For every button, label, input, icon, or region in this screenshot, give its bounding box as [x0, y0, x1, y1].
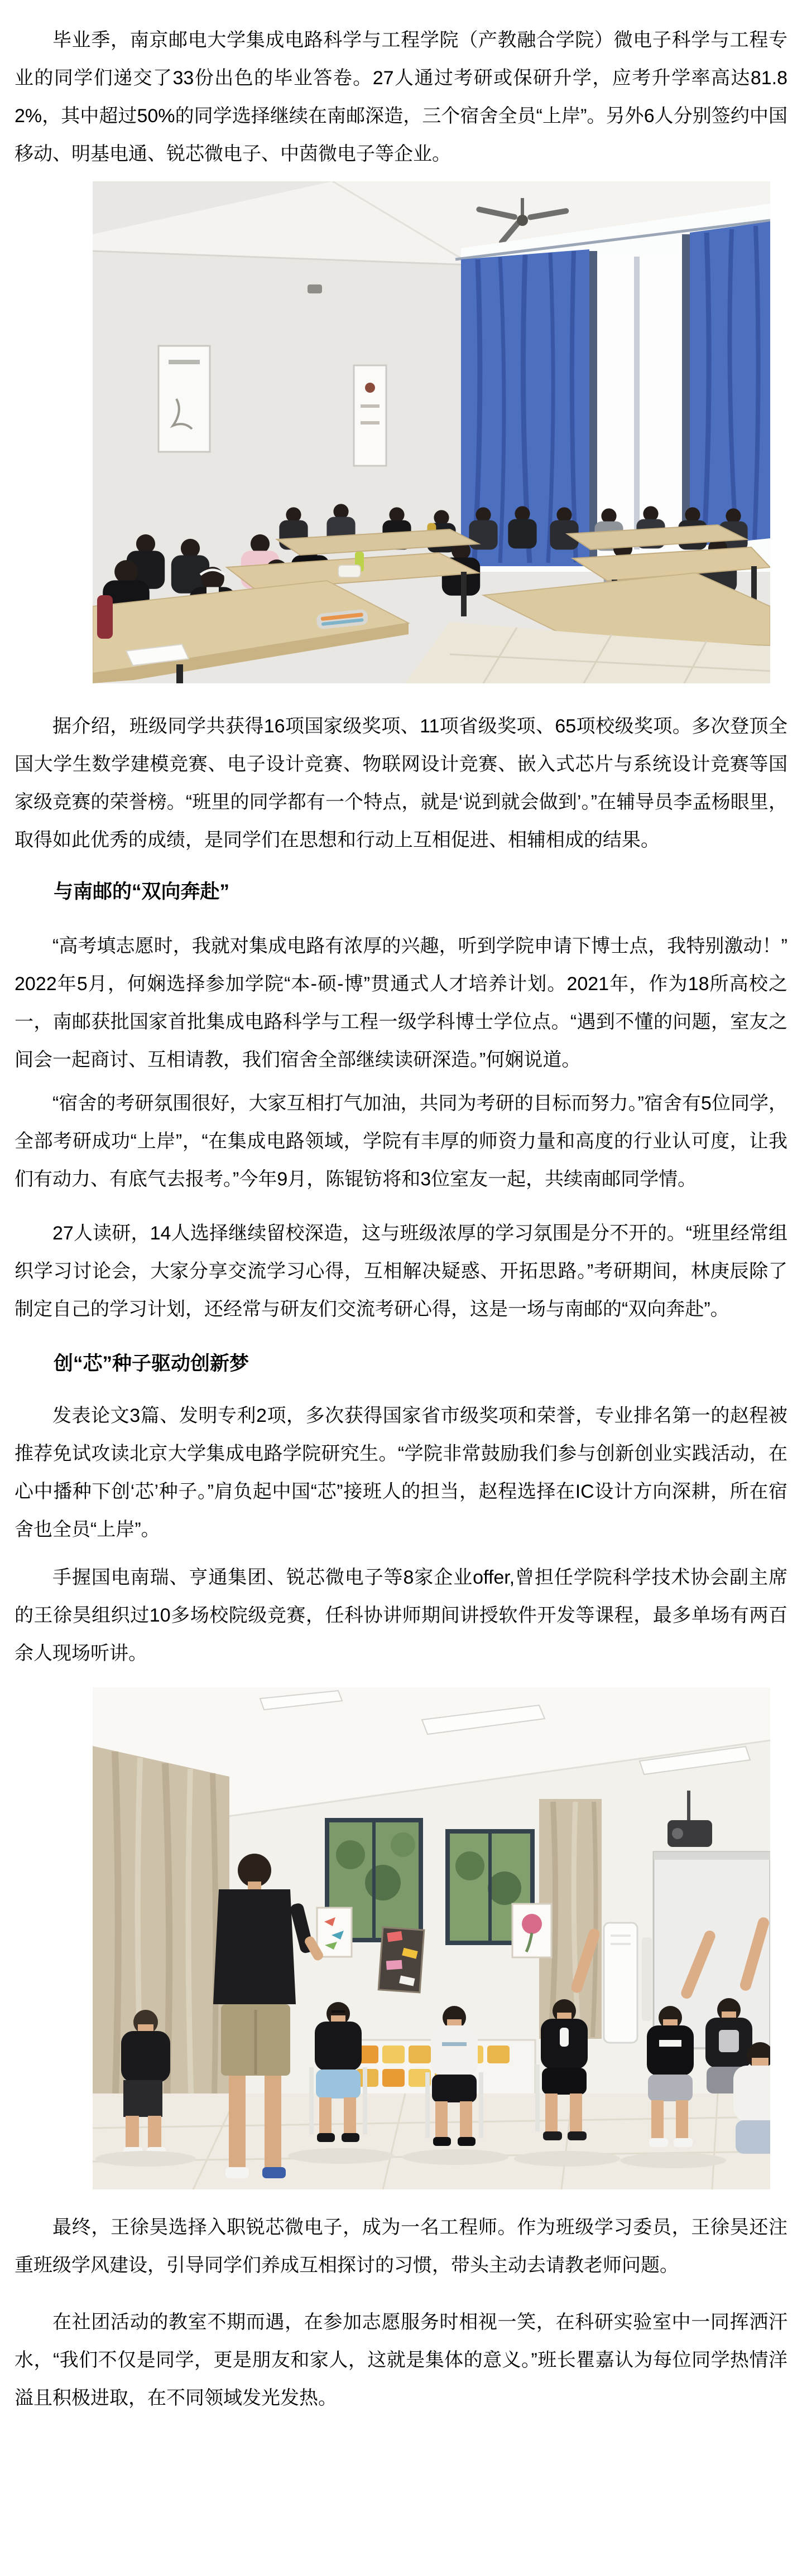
article-page: 毕业季，南京邮电大学集成电路科学与工程学院（产教融合学院）微电子科学与工程专业的…: [0, 0, 802, 2576]
activity-room-photo-illustration: [93, 1687, 770, 2189]
wall-camera: [308, 284, 322, 293]
paragraph-collective: 在社团活动的教室不期而遇，在参加志愿服务时相视一笑，在科研实验室中一同挥洒汗水，…: [15, 2303, 787, 2417]
classroom-photo-illustration: [93, 181, 770, 683]
paragraph-hexian: “高考填志愿时，我就对集成电路有浓厚的兴趣，听到学院申请下博士点，我特别激动！”…: [15, 927, 787, 1079]
section-heading-mutual-commitment: 与南邮的“双向奔赴”: [15, 873, 787, 911]
classroom-photo: [93, 181, 770, 683]
activity-room-photo: [93, 1687, 770, 2189]
paragraph-wangxuhao-job: 最终，王徐昊选择入职锐芯微电子，成为一名工程师。作为班级学习委员，王徐昊还注重班…: [15, 2208, 787, 2284]
paragraph-intro: 毕业季，南京邮电大学集成电路科学与工程学院（产教融合学院）微电子科学与工程专业的…: [15, 21, 787, 173]
floor: [93, 2093, 770, 2189]
paragraph-dormitory: “宿舍的考研氛围很好，大家互相打气加油，共同为考研的目标而努力。”宿舍有5位同学…: [15, 1084, 787, 1198]
section-heading-chip-seed: 创“芯”种子驱动创新梦: [15, 1345, 787, 1383]
paragraph-wangxuhao-offers: 手握国电南瑞、亨通集团、锐芯微电子等8家企业offer,曾担任学院科学技术协会副…: [15, 1559, 787, 1672]
paragraph-study-atmosphere: 27人读研，14人选择继续留校深造，这与班级浓厚的学习氛围是分不开的。“班里经常…: [15, 1214, 787, 1328]
paragraph-awards: 据介绍，班级同学共获得16项国家级奖项、11项省级奖项、65项校级奖项。多次登顶…: [15, 707, 787, 859]
paragraph-zhaocheng: 发表论文3篇、发明专利2项，多次获得国家省市级奖项和荣誉，专业排名第一的赵程被推…: [15, 1397, 787, 1549]
